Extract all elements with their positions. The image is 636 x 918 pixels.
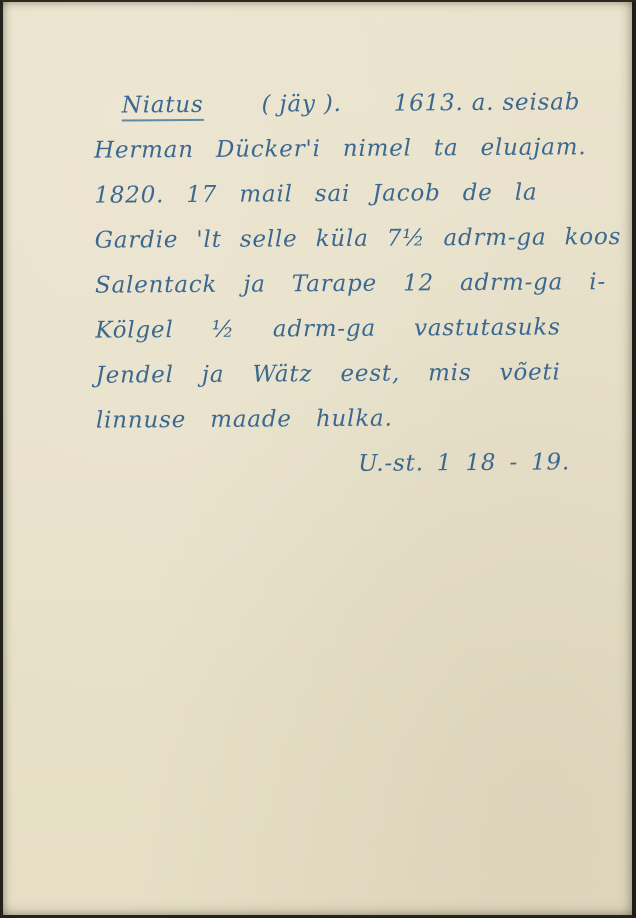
note-line: Salentack ja Tarape 12 adrm-ga i-	[95, 260, 573, 308]
note-line: Jendel ja Wätz eest, mis võeti	[95, 350, 573, 398]
note-citation: U.-st. 1 18 - 19.	[358, 440, 574, 487]
note-line: linnuse maade hulka.	[96, 395, 574, 443]
handwritten-note: Niatus( jäy ).1613. a. seisab Herman Düc…	[94, 80, 575, 488]
scanned-card: Niatus( jäy ).1613. a. seisab Herman Düc…	[0, 0, 636, 918]
note-line: Gardie 'lt selle küla 7½ adrm-ga koos	[95, 215, 573, 263]
note-line-title: Niatus( jäy ).1613. a. seisab	[94, 80, 572, 128]
note-title-annotation: ( jäy ).	[262, 91, 342, 118]
note-title-line-rest: 1613. a. seisab	[394, 89, 581, 116]
note-line: 1820. 17 mail sai Jacob de la	[94, 170, 572, 218]
note-line: Kölgel ½ adrm-ga vastutasuks	[95, 305, 573, 353]
note-line: Herman Dücker'i nimel ta eluajam.	[94, 125, 572, 173]
note-title: Niatus	[122, 92, 204, 122]
